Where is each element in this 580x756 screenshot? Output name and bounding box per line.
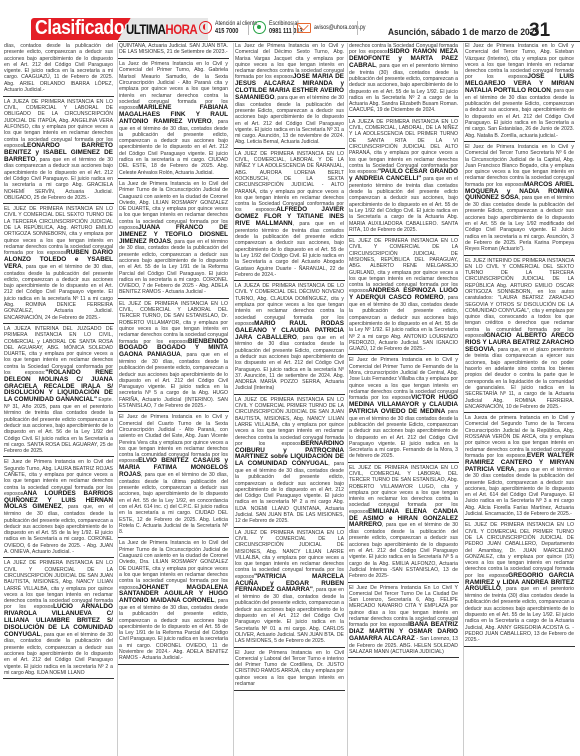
ad-text: , para que en el término de 30 días cont… xyxy=(235,95,344,146)
divider xyxy=(293,21,294,35)
classified-ad: LA JUEZ DE PRIMERA INSTANCIA EN LO CIVIL… xyxy=(234,397,345,528)
ad-text: , para que en el término de 30 días, con… xyxy=(119,352,228,409)
divider xyxy=(248,21,249,35)
ad-text: , para que en el término de 30 días cont… xyxy=(465,467,574,518)
mail-icon xyxy=(297,23,311,33)
classified-ad: EL JUEZ DE PRIMERA INSTANCIA EN LO CIVIL… xyxy=(3,206,114,324)
ad-text: días, contados desde la publicación del … xyxy=(4,43,113,93)
newspaper-logo: ULTIMAHORA xyxy=(126,22,197,37)
ad-text: El Juez de Primera Instancia en lo Civil… xyxy=(235,650,344,687)
divider xyxy=(357,21,358,35)
ad-text: , para que en el término de 30 días cont… xyxy=(349,522,458,579)
ad-text: , para que, en el término de 30 días, co… xyxy=(4,504,113,555)
ad-text: LA JUEZ DE PRIMERA INSTANCIA EN LO CIVIL… xyxy=(235,151,344,214)
column-4: derechos contra la Sociedad Conyugal for… xyxy=(347,43,459,756)
classified-ad: El Juez de Primera Instancia en lo Civil… xyxy=(464,43,575,142)
classified-ad: EL JUEZ DE PRIMERA INSTANCIA EN LO CIVIL… xyxy=(464,522,575,646)
classified-ad: LA JUEZ DE PRIMERA INSTANCIA EN LO CIVIL… xyxy=(234,151,345,281)
ad-text: , para que, en el plazo perentorio de tr… xyxy=(465,347,574,410)
classified-ad: La Juez de Primera Instancia en lo Civil… xyxy=(118,540,229,664)
issue-date: Asunción, sábado 1 de marzo de 2025 xyxy=(388,27,539,38)
classified-ad: LA JUEZA DE PRIMERA INSTANCIA EN LO CIVI… xyxy=(348,119,459,236)
ad-text: , para que en el término de 30 días, con… xyxy=(235,461,344,524)
contact-email[interactable]: avisos@uhora.com.py xyxy=(297,23,378,33)
ad-text: , para que en el perentorio término de t… xyxy=(349,63,458,114)
column-3: La Juez de Primera Instancia en lo Civil… xyxy=(233,43,345,756)
classified-ad: EL JUEZ DE PRIMERA INSTANCIA EN LO CIVIL… xyxy=(118,301,229,413)
classified-ad: LA JUEZ DE PRIMERA INSTANCIA EN LO CIVIL… xyxy=(234,530,345,648)
classified-ad: LA JUEZA DE PRIMERA INSTANCIA EN LO CIVI… xyxy=(3,99,114,204)
ad-text: EL JUEZ DE PRIMERA INSTANCIA EN LO CIVIL… xyxy=(349,238,458,294)
classified-ad: El Juez de Primera Instancia en lo Civil… xyxy=(348,357,459,462)
ad-text: , para que en el término de 30 días, con… xyxy=(119,119,228,176)
classified-ad: El Juez de Primera Instancia en lo Civil… xyxy=(464,144,575,256)
classified-ad: La Juez de Primera Instancia en lo Civil… xyxy=(118,61,229,179)
ad-text: , para que en el término de 30 días, con… xyxy=(119,239,228,296)
classified-ad: EL JUEZ DE PRIMERA INSTANCIA EN LO CIVIL… xyxy=(348,238,459,355)
classified-ad: La Juez de Primera Instancia en lo Civil… xyxy=(234,43,345,149)
classified-ad: LA JUEZA DE PRIMERA INSTANCIA DE LO CIVI… xyxy=(234,283,345,395)
ad-text: QUINTANA, Actuaria Judicial. SAN JUAN BT… xyxy=(119,43,228,55)
classified-ad: LA JUEZ DE PRIMERA INSTANCIA EN LO CIVIL… xyxy=(3,560,114,679)
page-number: 31 xyxy=(529,20,550,42)
ad-text: , para que en el término de 30 días, con… xyxy=(235,587,344,644)
classified-ad: El Juez de Primera Instancia en lo Civil… xyxy=(3,459,114,558)
classified-ad: EL JUEZ DE PRIMERA INSTANCIA EN LO CIVIL… xyxy=(348,465,459,583)
phone-icon xyxy=(199,21,212,34)
classified-columns: días, contados desde la publicación del … xyxy=(0,43,580,756)
page-header: Clasificados ULTIMAHORA Atención al clie… xyxy=(0,0,580,40)
ad-text: , para que en el término de 30 días, con… xyxy=(4,632,113,676)
ad-text: , para que en el término de 30 días cont… xyxy=(465,195,574,252)
classified-ad: El Juez de Primera Instancia en lo Civil… xyxy=(118,414,229,538)
whatsapp-icon xyxy=(253,21,266,34)
ad-text: EL JUEZ INTERINO DE PRIMERA INSTANCIA EN… xyxy=(465,258,574,340)
column-2: QUINTANA, Actuaria Judicial. SAN JUAN BT… xyxy=(117,43,229,756)
ad-text: para que en el término de 30 días contad… xyxy=(349,409,458,460)
ad-text: , para que en el perentorio término de t… xyxy=(235,221,344,278)
column-5: El Juez de Primera Instancia en lo Civil… xyxy=(463,43,575,756)
classified-ad: La Jueza de primera Instancia en lo Civi… xyxy=(464,415,575,520)
ad-text: , para que en el término de 30 días, con… xyxy=(349,295,458,352)
ad-text: , para que en el término de 30 días, con… xyxy=(119,472,228,535)
ad-text: , para que en el término de 30 días cont… xyxy=(235,335,344,392)
classified-ad: El Juez de Primera Instancia en lo Civil… xyxy=(234,650,345,691)
ad-text: , para que en el término de 30 días cont… xyxy=(465,88,574,139)
ad-text: EL JUEZ DE PRIMERA INSTANCIA EN LO CIVIL… xyxy=(465,522,574,578)
classified-ad: días, contados desde la publicación del … xyxy=(3,43,114,97)
ad-text: , para que en el término de 30 días comp… xyxy=(4,157,113,201)
ad-text: Expte. Nº 31, Año 2025, para que en el p… xyxy=(4,397,113,454)
classified-ad: QUINTANA, Actuaria Judicial. SAN JUAN BT… xyxy=(118,43,229,59)
ad-text: , para que en el perentorio término de t… xyxy=(465,586,574,643)
ad-text: , para que en el término de 30 días, con… xyxy=(119,598,228,661)
section-title: Clasificados xyxy=(35,17,133,40)
classified-ad: El Juez De Primera Instancia En Lo Civil… xyxy=(348,585,459,659)
classified-ad: derechos contra la Sociedad Conyugal for… xyxy=(348,43,459,117)
ad-text: LA JUEZA DE PRIMERA INSTANCIA EN LO CIVI… xyxy=(349,119,458,175)
classified-ad: EL JUEZ INTERINO DE PRIMERA INSTANCIA EN… xyxy=(464,258,575,414)
classified-ad: La Juez de Primera Instancia en lo Civil… xyxy=(118,181,229,299)
header-rule xyxy=(118,41,580,42)
classified-ad: LA JUEZA INTERINA DEL JUZGADO DE PRIMERA… xyxy=(3,326,114,457)
column-1: días, contados desde la publicación del … xyxy=(3,43,114,756)
ad-text: para que en el perentorio término de tre… xyxy=(349,176,458,233)
ad-text: , para que en el término de 30 días, con… xyxy=(4,264,113,321)
